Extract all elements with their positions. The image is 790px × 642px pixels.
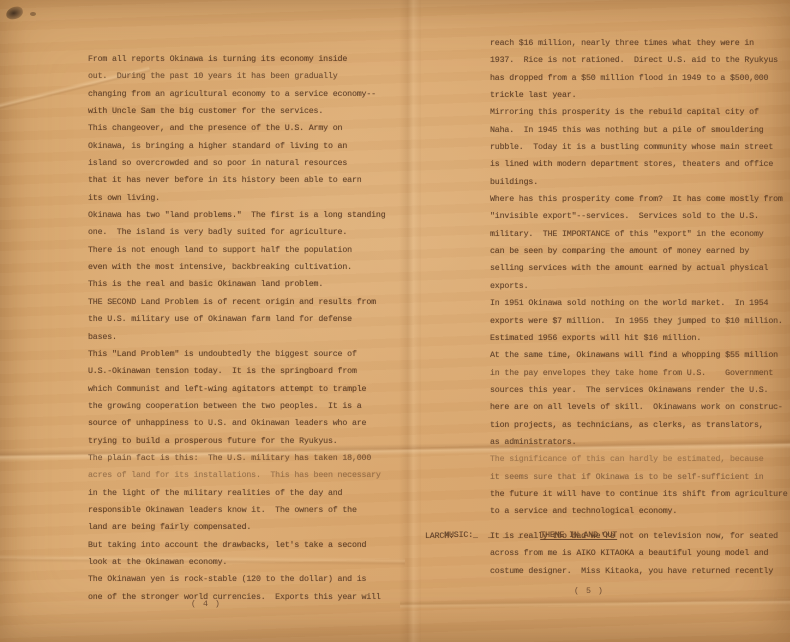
text-line: trying to build a prosperous future for …: [88, 433, 398, 450]
text-line: U.S.-Okinawan tension today. It is the s…: [88, 363, 398, 380]
text-line: responsible Okinawan leaders know it. Th…: [88, 502, 398, 519]
dialogue-line: across from me is AIKO KITAOKA a beautif…: [490, 545, 790, 562]
text-line: Estimated 1956 exports will hit $16 mill…: [490, 330, 790, 347]
text-line: THE SECOND Land Problem is of recent ori…: [88, 294, 398, 311]
text-line: From all reports Okinawa is turning its …: [88, 51, 398, 68]
text-line: At the same time, Okinawans will find a …: [490, 347, 790, 364]
text-line: In 1951 Okinawa sold nothing on the worl…: [490, 295, 790, 312]
text-line: island so overcrowded and so poor in nat…: [88, 155, 398, 172]
text-line: This is the real and basic Okinawan land…: [88, 276, 398, 293]
text-line: military. THE IMPORTANCE of this "export…: [490, 226, 790, 243]
text-line: land are being fairly compensated.: [88, 519, 398, 536]
text-line: acres of land for its installations. Thi…: [88, 467, 398, 484]
left-page-number: ( 4 ): [191, 600, 221, 609]
text-line: the U.S. military use of Okinawan farm l…: [88, 311, 398, 328]
text-line: This "Land Problem" is undoubtedly the b…: [88, 346, 398, 363]
text-line: can be seen by comparing the amount of m…: [490, 243, 790, 260]
text-line: one. The island is very badly suited for…: [88, 224, 398, 241]
text-line: The plain fact is this: The U.S. militar…: [88, 450, 398, 467]
text-line: with Uncle Sam the big customer for the …: [88, 103, 398, 120]
text-line: even with the most intensive, backbreaki…: [88, 259, 398, 276]
text-line: tion projects, as technicians, as clerks…: [490, 417, 790, 434]
text-line: Where has this prosperity come from? It …: [490, 191, 790, 208]
text-line: This changeover, and the presence of the…: [88, 120, 398, 137]
text-line: the future it will have to continue its …: [490, 486, 790, 503]
text-line: exports were $7 million. In 1955 they ju…: [490, 313, 790, 330]
text-line: There is not enough land to support half…: [88, 242, 398, 259]
text-line: sources this year. The services Okinawan…: [490, 382, 790, 399]
text-line: which Communist and left-wing agitators …: [88, 381, 398, 398]
text-line: rubble. Today it is a bustling community…: [490, 139, 790, 156]
text-line: Okinawa has two "land problems." The fir…: [88, 207, 398, 224]
text-line: reach $16 million, nearly three times wh…: [490, 35, 790, 52]
text-line: trickle last year.: [490, 87, 790, 104]
text-line: buildings.: [490, 174, 790, 191]
dialogue-line: It is really too bad we're not on televi…: [490, 528, 790, 545]
text-line: has dropped from a $50 million flood in …: [490, 70, 790, 87]
scanned-document: From all reports Okinawa is turning its …: [0, 0, 790, 642]
text-line: that it has never before in its history …: [88, 172, 398, 189]
text-line: in the light of the military realities o…: [88, 485, 398, 502]
text-line: changing from an agricultural economy to…: [88, 86, 398, 103]
text-line: is lined with modern department stores, …: [490, 156, 790, 173]
text-line: look at the Okinawan economy.: [88, 554, 398, 571]
lower-right-crease: [400, 596, 790, 609]
speaker-label: LARCH:: [425, 528, 454, 545]
text-line: Naha. In 1945 this was nothing but a pil…: [490, 122, 790, 139]
text-line: The significance of this can hardly be e…: [490, 451, 790, 468]
text-line: "invisible export"--services. Services s…: [490, 208, 790, 225]
text-line: here are on all levels of skill. Okinawa…: [490, 399, 790, 416]
page-gutter-fold: [399, 0, 421, 642]
dialogue-lines: It is really too bad we're not on televi…: [490, 528, 790, 580]
ink-blotch: [5, 5, 24, 20]
text-line: the growing cooperation between the two …: [88, 398, 398, 415]
text-line: as administrators.: [490, 434, 790, 451]
text-line: out. During the past 10 years it has bee…: [88, 68, 398, 85]
right-page-number: ( 5 ): [574, 587, 604, 596]
text-line: its own living.: [88, 190, 398, 207]
right-page-lines: reach $16 million, nearly three times wh…: [490, 35, 790, 521]
text-line: 1937. Rice is not rationed. Direct U.S. …: [490, 52, 790, 69]
text-line: bases.: [88, 329, 398, 346]
text-line: one of the stronger world currencies. Ex…: [88, 589, 398, 606]
text-line: in the pay envelopes they take home from…: [490, 365, 790, 382]
text-line: it seems sure that if Okinawa is to be s…: [490, 469, 790, 486]
text-line: Mirroring this prosperity is the rebuild…: [490, 104, 790, 121]
paper-speck: [30, 12, 36, 16]
text-line: source of unhappiness to U.S. and Okinaw…: [88, 415, 398, 432]
dialogue-line: costume designer. Miss Kitaoka, you have…: [490, 563, 790, 580]
text-line: The Okinawan yen is rock-stable (120 to …: [88, 571, 398, 588]
text-line: exports.: [490, 278, 790, 295]
left-page-lines: From all reports Okinawa is turning its …: [88, 51, 398, 606]
text-line: selling services with the amount earned …: [490, 260, 790, 277]
text-line: Okinawa, is bringing a higher standard o…: [88, 138, 398, 155]
text-line: But taking into account the drawbacks, l…: [88, 537, 398, 554]
